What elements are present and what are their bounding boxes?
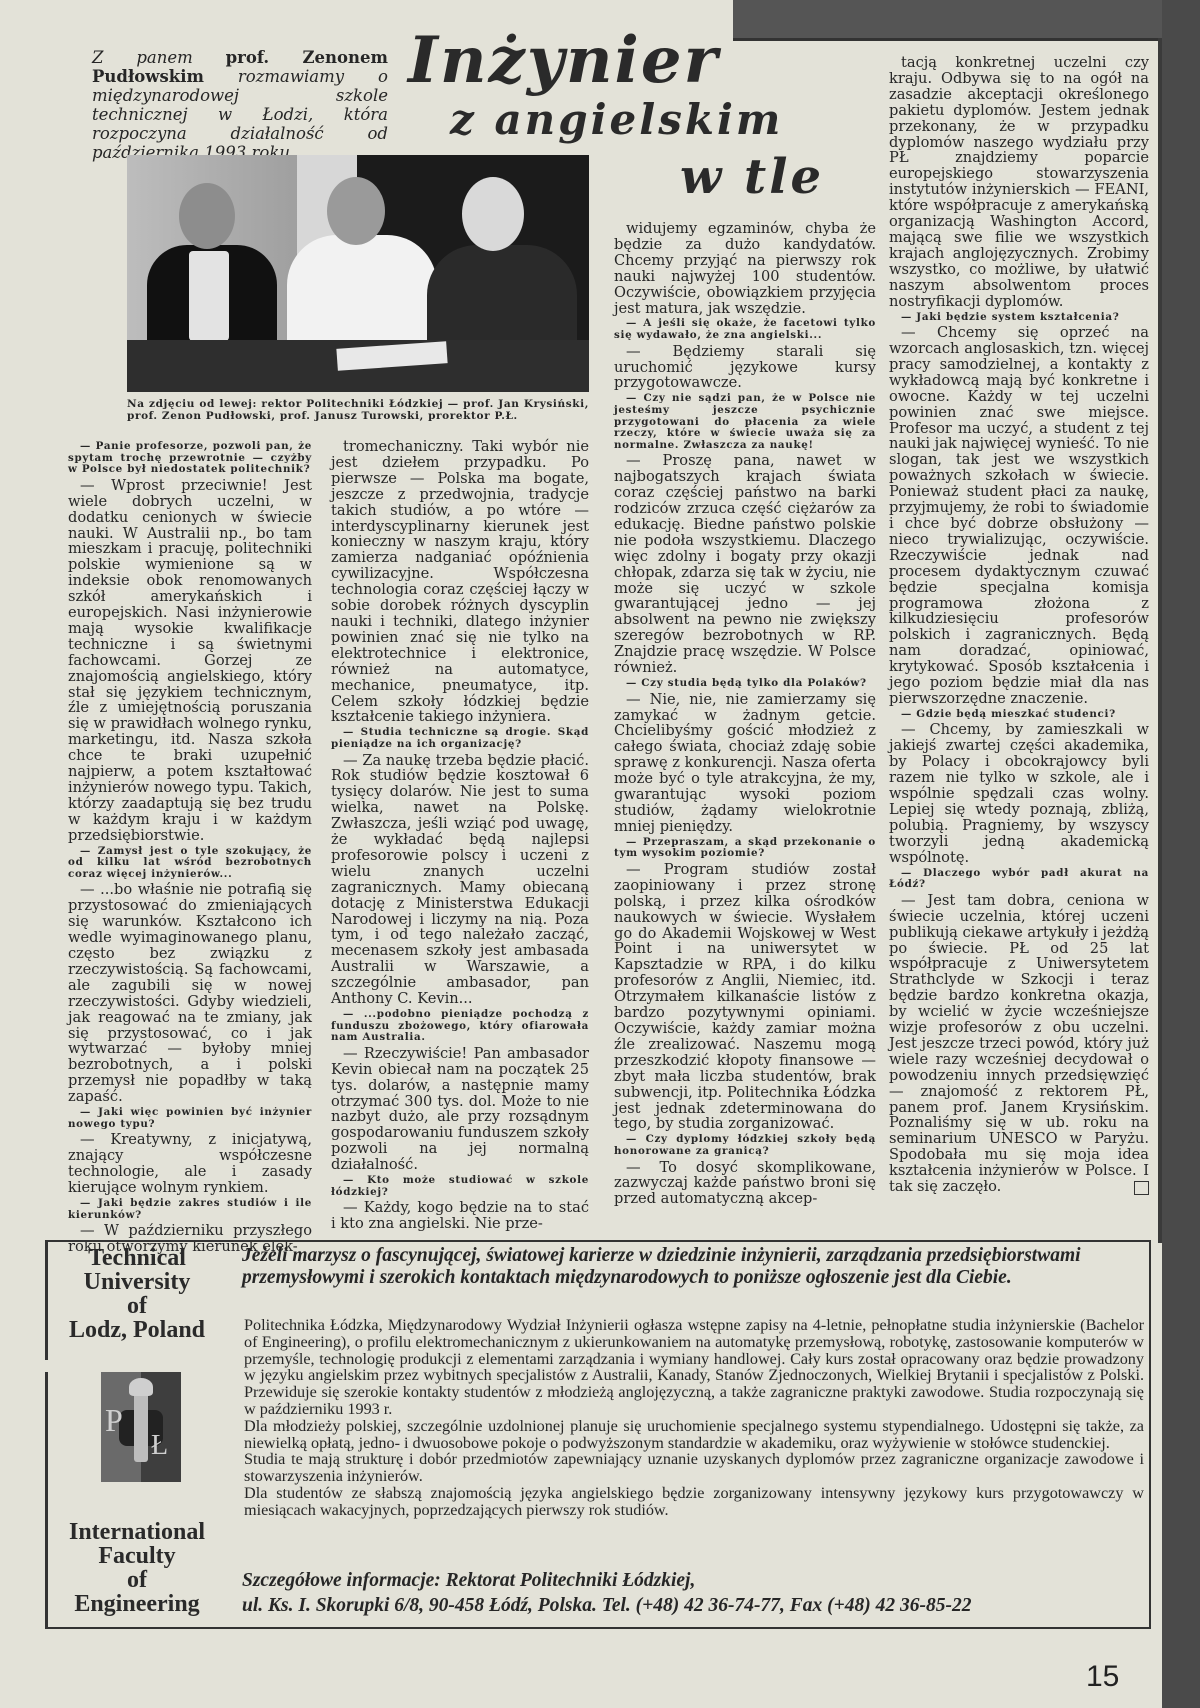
ad-contact: Szczegółowe informacje: Rektorat Politec… [242, 1568, 1142, 1618]
university-logo-icon: P Ł [101, 1372, 181, 1482]
interview-answer: — Rzeczywiście! Pan ambasador Kevin obie… [331, 1046, 589, 1173]
interview-answer: widujemy egzaminów, chyba że będzie za d… [614, 221, 876, 316]
photo-caption: Na zdjęciu od lewej: rektor Politechniki… [127, 398, 589, 422]
interview-question: — Czy studia będą tylko dla Polaków? [614, 678, 876, 690]
text-column-4: tacją konkretnej uczelni czy kraju. Odby… [889, 55, 1149, 1195]
article-title-line1: Inżynier [408, 26, 719, 96]
interview-question: — Zamysł jest o tyle szokujący, że od ki… [68, 846, 312, 881]
ad-headline: Jeżeli marzysz o fascynującej, światowej… [242, 1245, 1142, 1289]
ad-faculty-name: International Faculty of Engineering [48, 1520, 226, 1616]
text-column-2: tromechaniczny. Taki wybór nie jest dzie… [331, 439, 589, 1232]
interview-question: — Gdzie będą mieszkać studenci? [889, 709, 1149, 721]
page-edge [1162, 0, 1200, 1708]
interview-question: — Panie profesorze, pozwoli pan, że spyt… [68, 441, 312, 476]
article-title-line3: w tle [680, 150, 824, 204]
interview-answer: — Chcemy się oprzeć na wzorcach anglosas… [889, 325, 1149, 707]
text-column-3: widujemy egzaminów, chyba że będzie za d… [614, 221, 876, 1207]
interview-question: — ...podobno pieniądze pochodzą z fundus… [331, 1009, 589, 1044]
end-of-article-icon [1134, 1181, 1149, 1195]
interview-answer: — To dosyć skomplikowane, zazwyczaj każd… [614, 1160, 876, 1208]
top-dark-bar [733, 0, 1200, 41]
page-number: 15 [1086, 1660, 1119, 1694]
interview-question: — A jeśli się okaże, że facetowi tylko s… [614, 318, 876, 341]
text-column-1: — Panie profesorze, pozwoli pan, że spyt… [68, 439, 312, 1255]
interview-answer: — Za naukę trzeba będzie płacić. Rok stu… [331, 753, 589, 1008]
interview-answer: — Jest tam dobra, ceniona w świecie ucze… [889, 893, 1149, 1195]
interview-answer: — Wprost przeciwnie! Jest wiele dobrych … [68, 478, 312, 844]
interview-answer: — Program studiów został zaopiniowany i … [614, 862, 876, 1132]
article-lead: Z panem prof. Zenonem Pudłowskim rozmawi… [92, 48, 388, 162]
interview-answer: — Chcemy, by zamieszkali w jakiejś zwart… [889, 722, 1149, 865]
article-title-line2: z angielskim [450, 96, 783, 144]
interview-question: — Dlaczego wybór padł akurat na Łódź? [889, 868, 1149, 891]
interview-answer: — Będziemy starali się uruchomić językow… [614, 344, 876, 392]
interview-answer: tromechaniczny. Taki wybór nie jest dzie… [331, 439, 589, 725]
interview-answer: — Nie, nie, nie zamierzamy się zamykać w… [614, 692, 876, 835]
interview-answer: — Każdy, kogo będzie na to stać i kto zn… [331, 1200, 589, 1232]
interview-answer: — Proszę pana, nawet w najbogatszych kra… [614, 453, 876, 676]
magazine-page: Z panem prof. Zenonem Pudłowskim rozmawi… [0, 0, 1200, 1708]
interview-question: — Studia techniczne są drogie. Skąd pien… [331, 727, 589, 750]
ad-body: Politechnika Łódzka, Międzynarodowy Wydz… [244, 1317, 1144, 1519]
article-photo [127, 155, 589, 392]
interview-question: — Jaki będzie zakres studiów i ile kieru… [68, 1198, 312, 1221]
interview-answer: — Kreatywny, z inicjatywą, znający współ… [68, 1132, 312, 1196]
interview-question: — Przepraszam, a skąd przekonanie o tym … [614, 837, 876, 860]
right-column-rule [1158, 38, 1162, 1243]
interview-question: — Czy nie sądzi pan, że w Polsce nie jes… [614, 393, 876, 451]
interview-question: — Kto może studiować w szkole łódzkiej? [331, 1175, 589, 1198]
interview-question: — Jaki będzie system kształcenia? [889, 312, 1149, 324]
interview-question: — Czy dyplomy łódzkiej szkoły będą honor… [614, 1134, 876, 1157]
ad-university-name: Technical University of Lodz, Poland [48, 1246, 226, 1342]
interview-answer: — ...bo właśnie nie potrafią się przysto… [68, 882, 312, 1105]
interview-answer: tacją konkretnej uczelni czy kraju. Odby… [889, 55, 1149, 310]
interview-question: — Jaki więc powinien być inżynier nowego… [68, 1107, 312, 1130]
